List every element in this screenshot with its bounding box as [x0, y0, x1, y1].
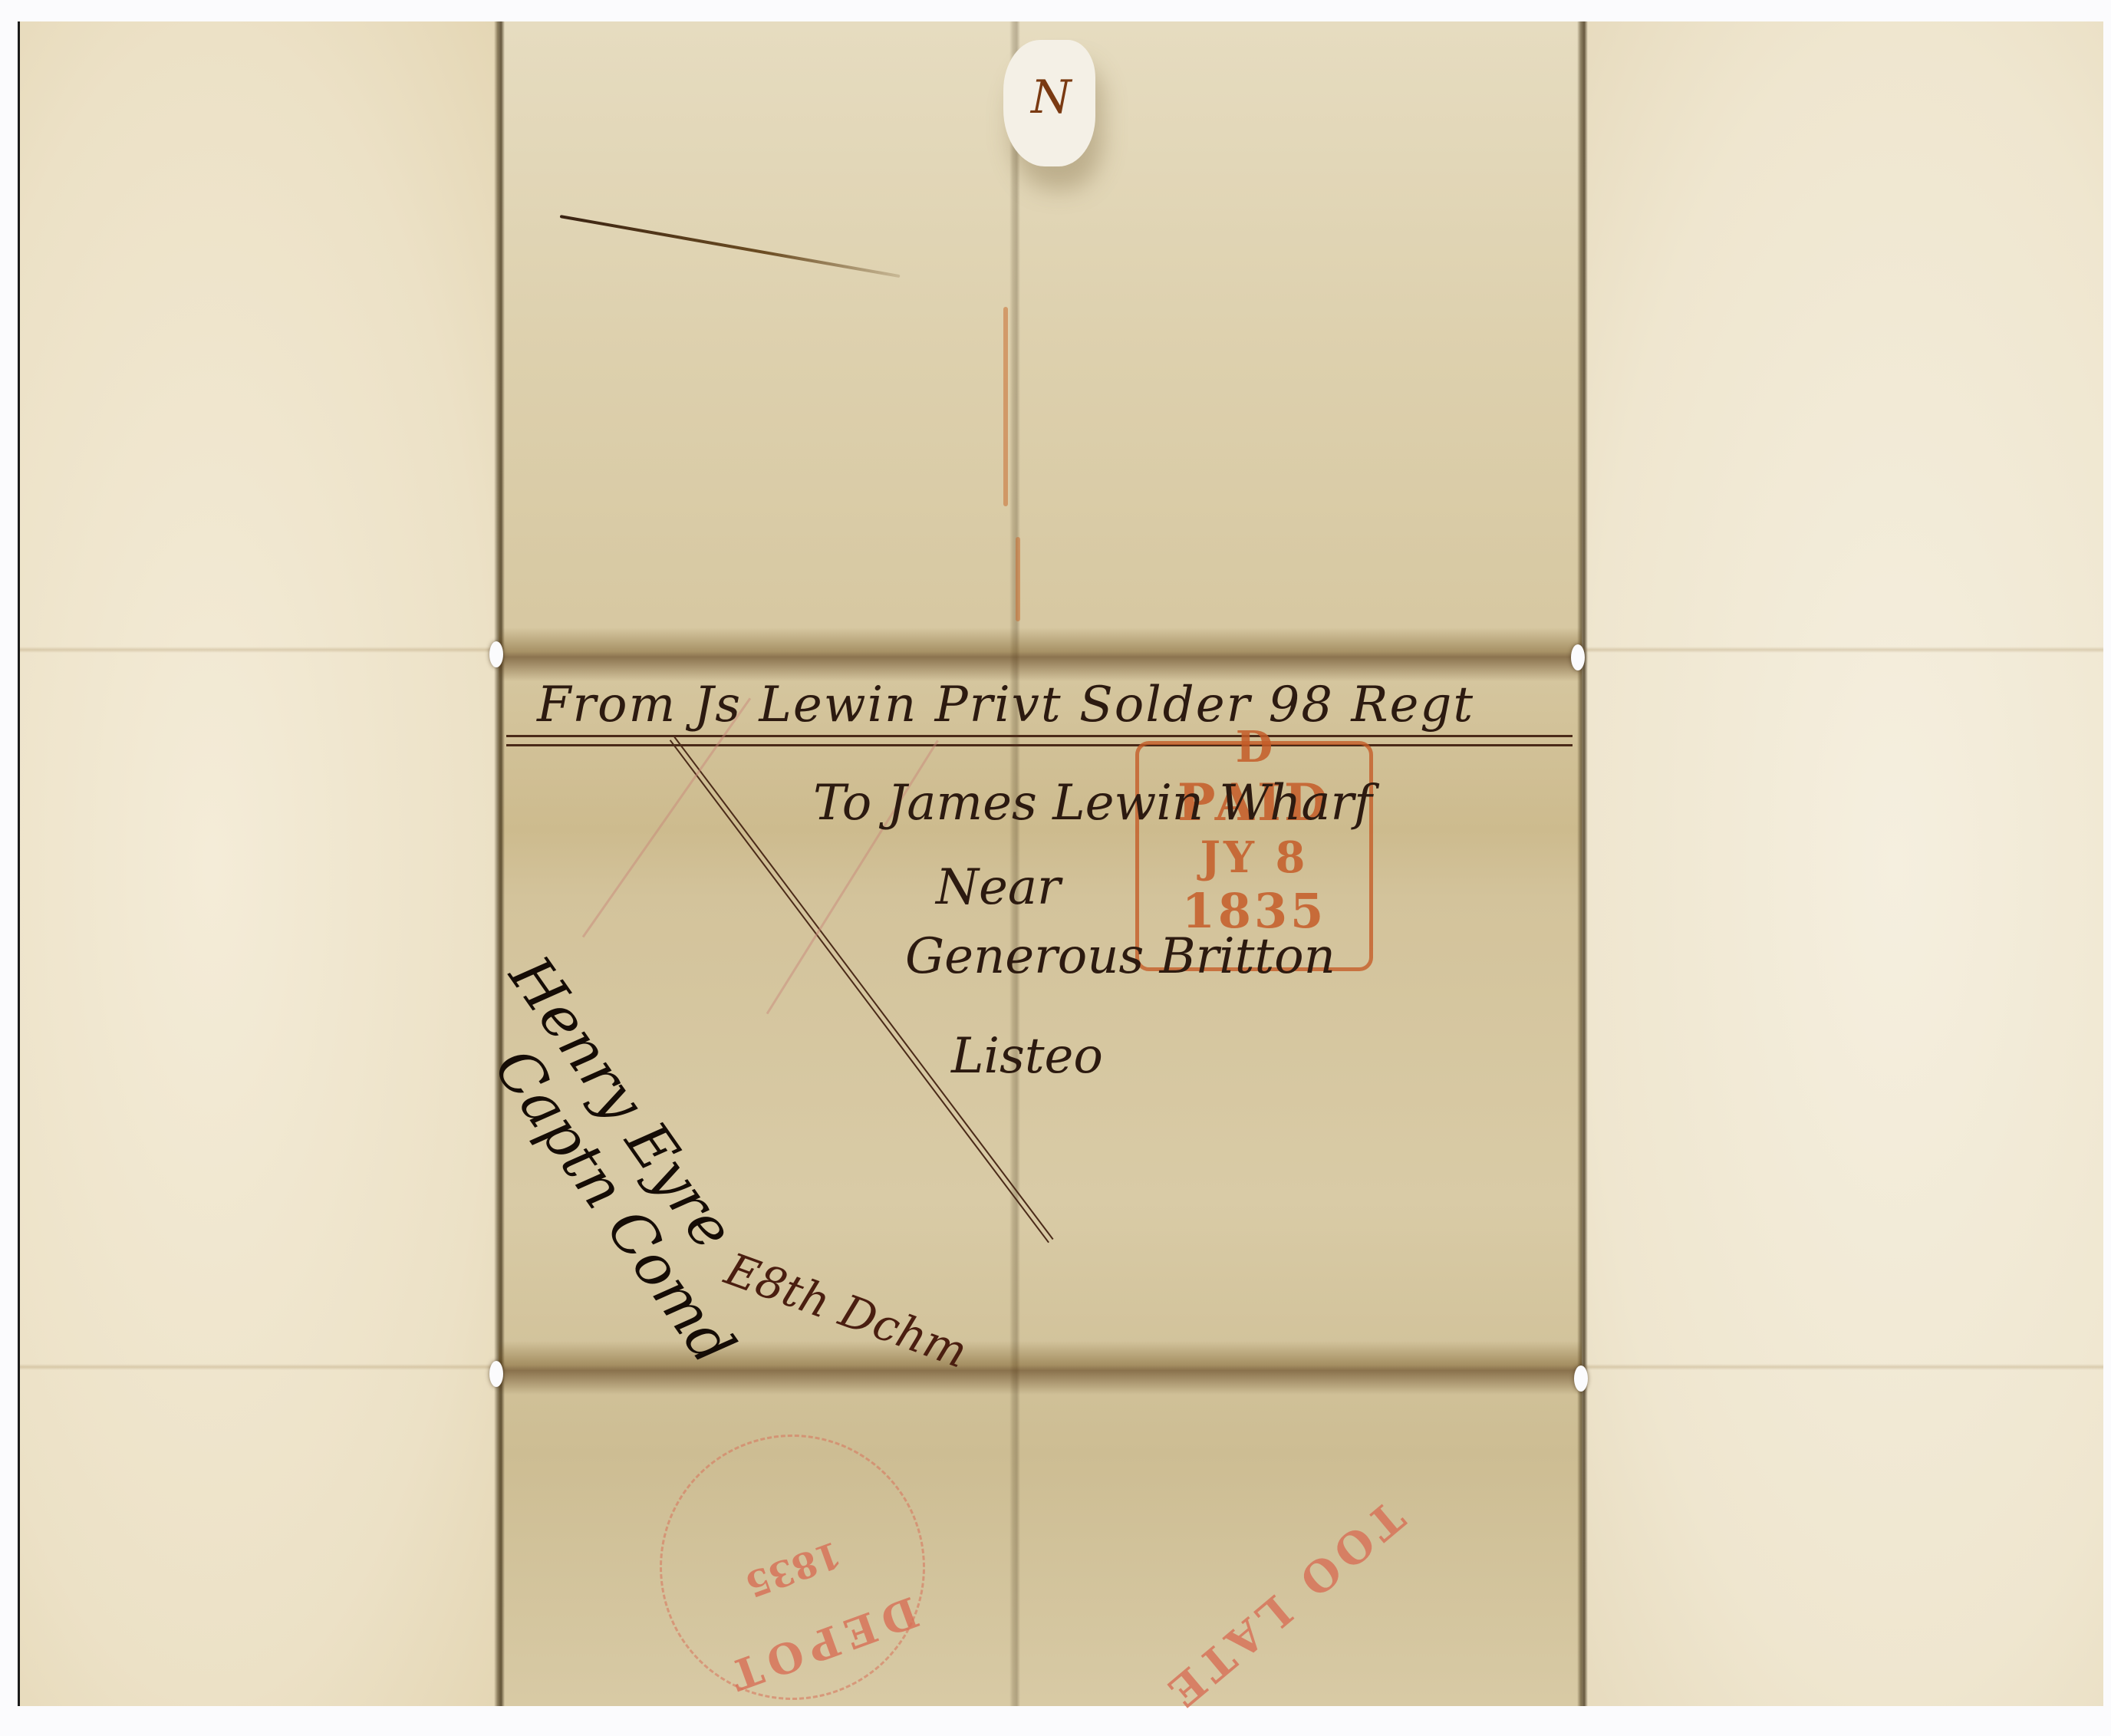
- address-line-1: To James Lewin Wharf: [813, 775, 1372, 832]
- fold-crease-left-upper: [20, 647, 499, 653]
- vertical-fold-right: [1577, 21, 1588, 1706]
- address-line-4: Listeo: [951, 1028, 1103, 1085]
- red-ink-offset: [1003, 307, 1008, 506]
- left-flap-panel: [20, 21, 499, 1706]
- paid-postmark-date: JY 8: [1139, 832, 1369, 883]
- right-flap-panel: [1582, 21, 2103, 1706]
- horizontal-fold-lower: [499, 1341, 1582, 1395]
- pinhole: [1574, 1365, 1588, 1392]
- underline-rule: [506, 735, 1573, 737]
- pinhole: [489, 1361, 503, 1387]
- fold-crease-right-lower: [1582, 1364, 2103, 1370]
- horizontal-fold-upper: [499, 628, 1582, 681]
- pinhole: [1571, 644, 1585, 670]
- underline-rule: [506, 744, 1573, 746]
- paid-postmark-letter: D: [1139, 722, 1369, 772]
- pinhole: [489, 641, 503, 667]
- letter-sheet: [20, 21, 2103, 1706]
- seal-mark: N: [1031, 71, 1072, 124]
- wax-seal-remnant: N: [1003, 40, 1095, 166]
- red-ink-offset: [1016, 537, 1020, 621]
- fold-crease-left-lower: [20, 1364, 499, 1370]
- vertical-fold-left: [494, 21, 505, 1706]
- address-line-3: Generous Britton: [905, 928, 1335, 985]
- fold-crease-right-upper: [1582, 647, 2103, 653]
- address-line-2: Near: [936, 859, 1061, 916]
